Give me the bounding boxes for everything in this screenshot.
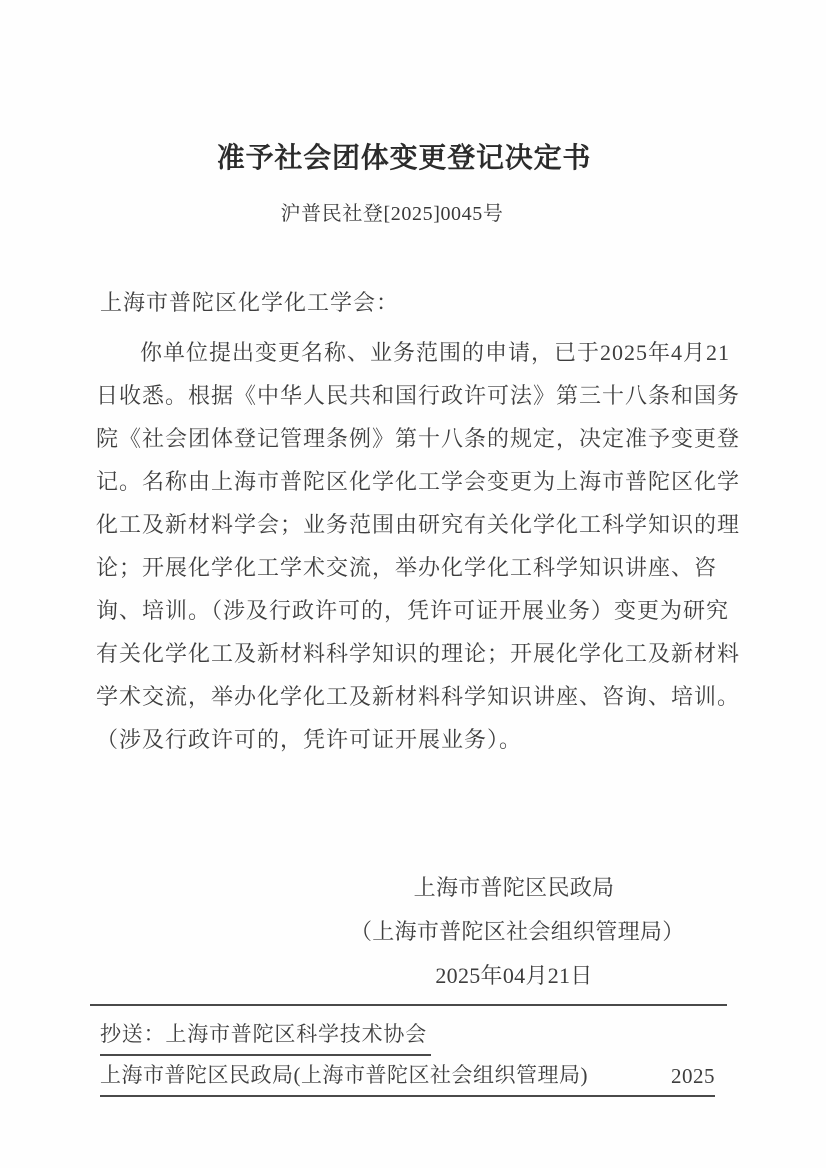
body-line: 有关化学化工及新材料科学知识的理论；开展化学化工及新材料 (96, 632, 744, 675)
body-paragraph: 你单位提出变更名称、业务范围的申请，已于2025年4月21 日收悉。根据《中华人… (96, 331, 744, 761)
footer-divider (90, 1004, 727, 1006)
issuer-line: 上海市普陀区民政局(上海市普陀区社会组织管理局) 2025 (100, 1059, 715, 1097)
signature-org-alt: （上海市普陀区社会组织管理局） (350, 910, 678, 954)
issuer-name: 上海市普陀区民政局(上海市普陀区社会组织管理局) (100, 1059, 588, 1089)
body-line: 日收悉。根据《中华人民共和国行政许可法》第三十八条和国务 (96, 374, 744, 417)
issuer-year: 2025 (671, 1064, 715, 1089)
body-line: 记。名称由上海市普陀区化学化工学会变更为上海市普陀区化学 (96, 460, 744, 503)
body-line: 学术交流，举办化学化工及新材料科学知识讲座、咨询、培训。 (96, 675, 744, 718)
body-line: （涉及行政许可的，凭许可证开展业务）。 (96, 718, 744, 761)
body-line: 询、培训。（涉及行政许可的，凭许可证开展业务）变更为研究 (96, 589, 744, 632)
document-page: 准予社会团体变更登记决定书 沪普民社登[2025]0045号 上海市普陀区化学化… (0, 0, 826, 1168)
document-title: 准予社会团体变更登记决定书 (0, 136, 817, 176)
salutation: 上海市普陀区化学化工学会： (100, 286, 399, 317)
body-line: 院《社会团体登记管理条例》第十八条的规定，决定准予变更登 (96, 417, 744, 460)
body-line: 你单位提出变更名称、业务范围的申请，已于2025年4月21 (96, 331, 744, 374)
body-line: 论；开展化学化工学术交流，举办化学化工科学知识讲座、咨 (96, 546, 744, 589)
signature-block: 上海市普陀区民政局 （上海市普陀区社会组织管理局） 2025年04月21日 (350, 866, 678, 998)
document-number: 沪普民社登[2025]0045号 (0, 197, 805, 226)
signature-date: 2025年04月21日 (350, 954, 678, 998)
cc-line: 抄送：上海市普陀区科学技术协会 (100, 1018, 431, 1056)
body-line: 化工及新材料学会；业务范围由研究有关化学化工科学知识的理 (96, 503, 744, 546)
signature-org: 上海市普陀区民政局 (350, 866, 678, 910)
